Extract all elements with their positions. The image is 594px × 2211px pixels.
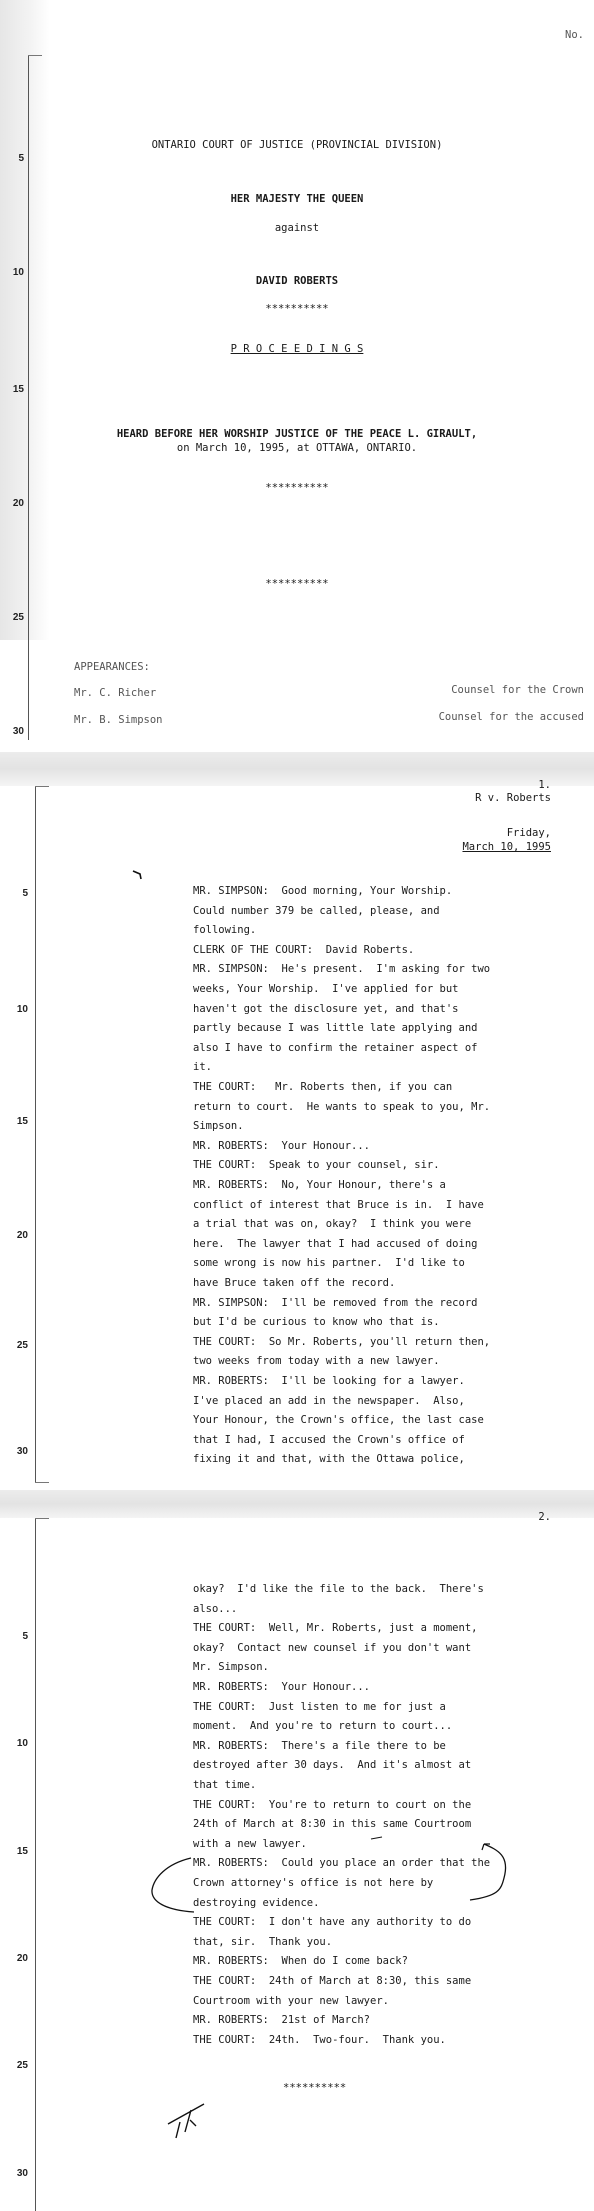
page-break-shading — [0, 1490, 594, 1518]
versus-label: against — [0, 221, 594, 235]
line-number: 25 — [4, 612, 24, 623]
margin-rule-tick — [35, 1482, 49, 1483]
hearing-date-location: on March 10, 1995, at OTTAWA, ONTARIO. — [0, 441, 594, 455]
scan-shading — [0, 0, 50, 640]
page-number: 1. — [538, 778, 551, 792]
line-number: 10 — [4, 267, 24, 278]
line-number: 10 — [8, 1004, 28, 1015]
margin-rule-tick — [35, 1518, 49, 1519]
handwritten-bracket-left — [146, 1856, 196, 1916]
line-number: 10 — [8, 1738, 28, 1749]
appearance-role: Counsel for the accused — [439, 710, 584, 724]
appearance-name: Mr. C. Richer — [74, 686, 156, 700]
transcript-line: also I have to confirm the retainer aspe… — [193, 1037, 477, 1059]
hearing-date: March 10, 1995 — [462, 840, 551, 854]
case-short-title: R v. Roberts — [475, 791, 551, 805]
margin-rule-tick — [35, 786, 49, 787]
margin-rule — [35, 786, 36, 1482]
line-number: 15 — [8, 1116, 28, 1127]
line-number: 30 — [8, 1446, 28, 1457]
line-number: 5 — [8, 888, 28, 899]
handwritten-initials — [166, 2100, 216, 2140]
document-number-label: No. — [565, 28, 584, 42]
appearance-role: Counsel for the Crown — [451, 683, 584, 697]
line-number: 15 — [4, 384, 24, 395]
court-name: ONTARIO COURT OF JUSTICE (PROVINCIAL DIV… — [0, 138, 594, 152]
separator-stars: ********** — [0, 481, 594, 495]
line-number: 30 — [8, 2168, 28, 2179]
line-number: 5 — [4, 153, 24, 164]
separator-stars: ********** — [0, 302, 594, 316]
cover-page: No. ONTARIO COURT OF JUSTICE (PROVINCIAL… — [0, 0, 594, 740]
page-break-shading — [0, 752, 594, 786]
margin-rule-tick — [28, 55, 42, 56]
margin-rule — [35, 1518, 36, 2211]
line-number: 30 — [4, 726, 24, 737]
line-number: 25 — [8, 1340, 28, 1351]
pen-mark — [132, 870, 144, 882]
transcript-page-1: 1. R v. Roberts Friday, March 10, 1995 M… — [0, 786, 594, 1486]
heard-before-line: HEARD BEFORE HER WORSHIP JUSTICE OF THE … — [0, 427, 594, 441]
end-separator: ********** — [283, 2081, 346, 2095]
plaintiff-name: HER MAJESTY THE QUEEN — [0, 192, 594, 206]
line-number: 25 — [8, 2060, 28, 2071]
line-number: 20 — [8, 1230, 28, 1241]
line-number: 20 — [8, 1953, 28, 1964]
appearance-name: Mr. B. Simpson — [74, 713, 163, 727]
appearances-label: APPEARANCES: — [74, 660, 150, 674]
line-number: 5 — [8, 1631, 28, 1642]
pen-mark — [370, 1835, 384, 1841]
line-number: 20 — [4, 498, 24, 509]
defendant-name: DAVID ROBERTS — [0, 274, 594, 288]
transcript-page-2: 2. okay? I'd like the file to the back. … — [0, 1518, 594, 2211]
proceedings-title: P R O C E E D I N G S — [0, 342, 594, 356]
handwritten-bracket-right — [470, 1838, 510, 1913]
transcript-line: THE COURT: 24th. Two-four. Thank you. — [193, 2029, 446, 2051]
line-number: 15 — [8, 1846, 28, 1857]
transcript-line: fixing it and that, with the Ottawa poli… — [193, 1448, 465, 1470]
separator-stars: ********** — [0, 577, 594, 591]
margin-rule — [28, 55, 29, 740]
hearing-day: Friday, — [507, 826, 551, 840]
page-number: 2. — [538, 1510, 551, 1524]
